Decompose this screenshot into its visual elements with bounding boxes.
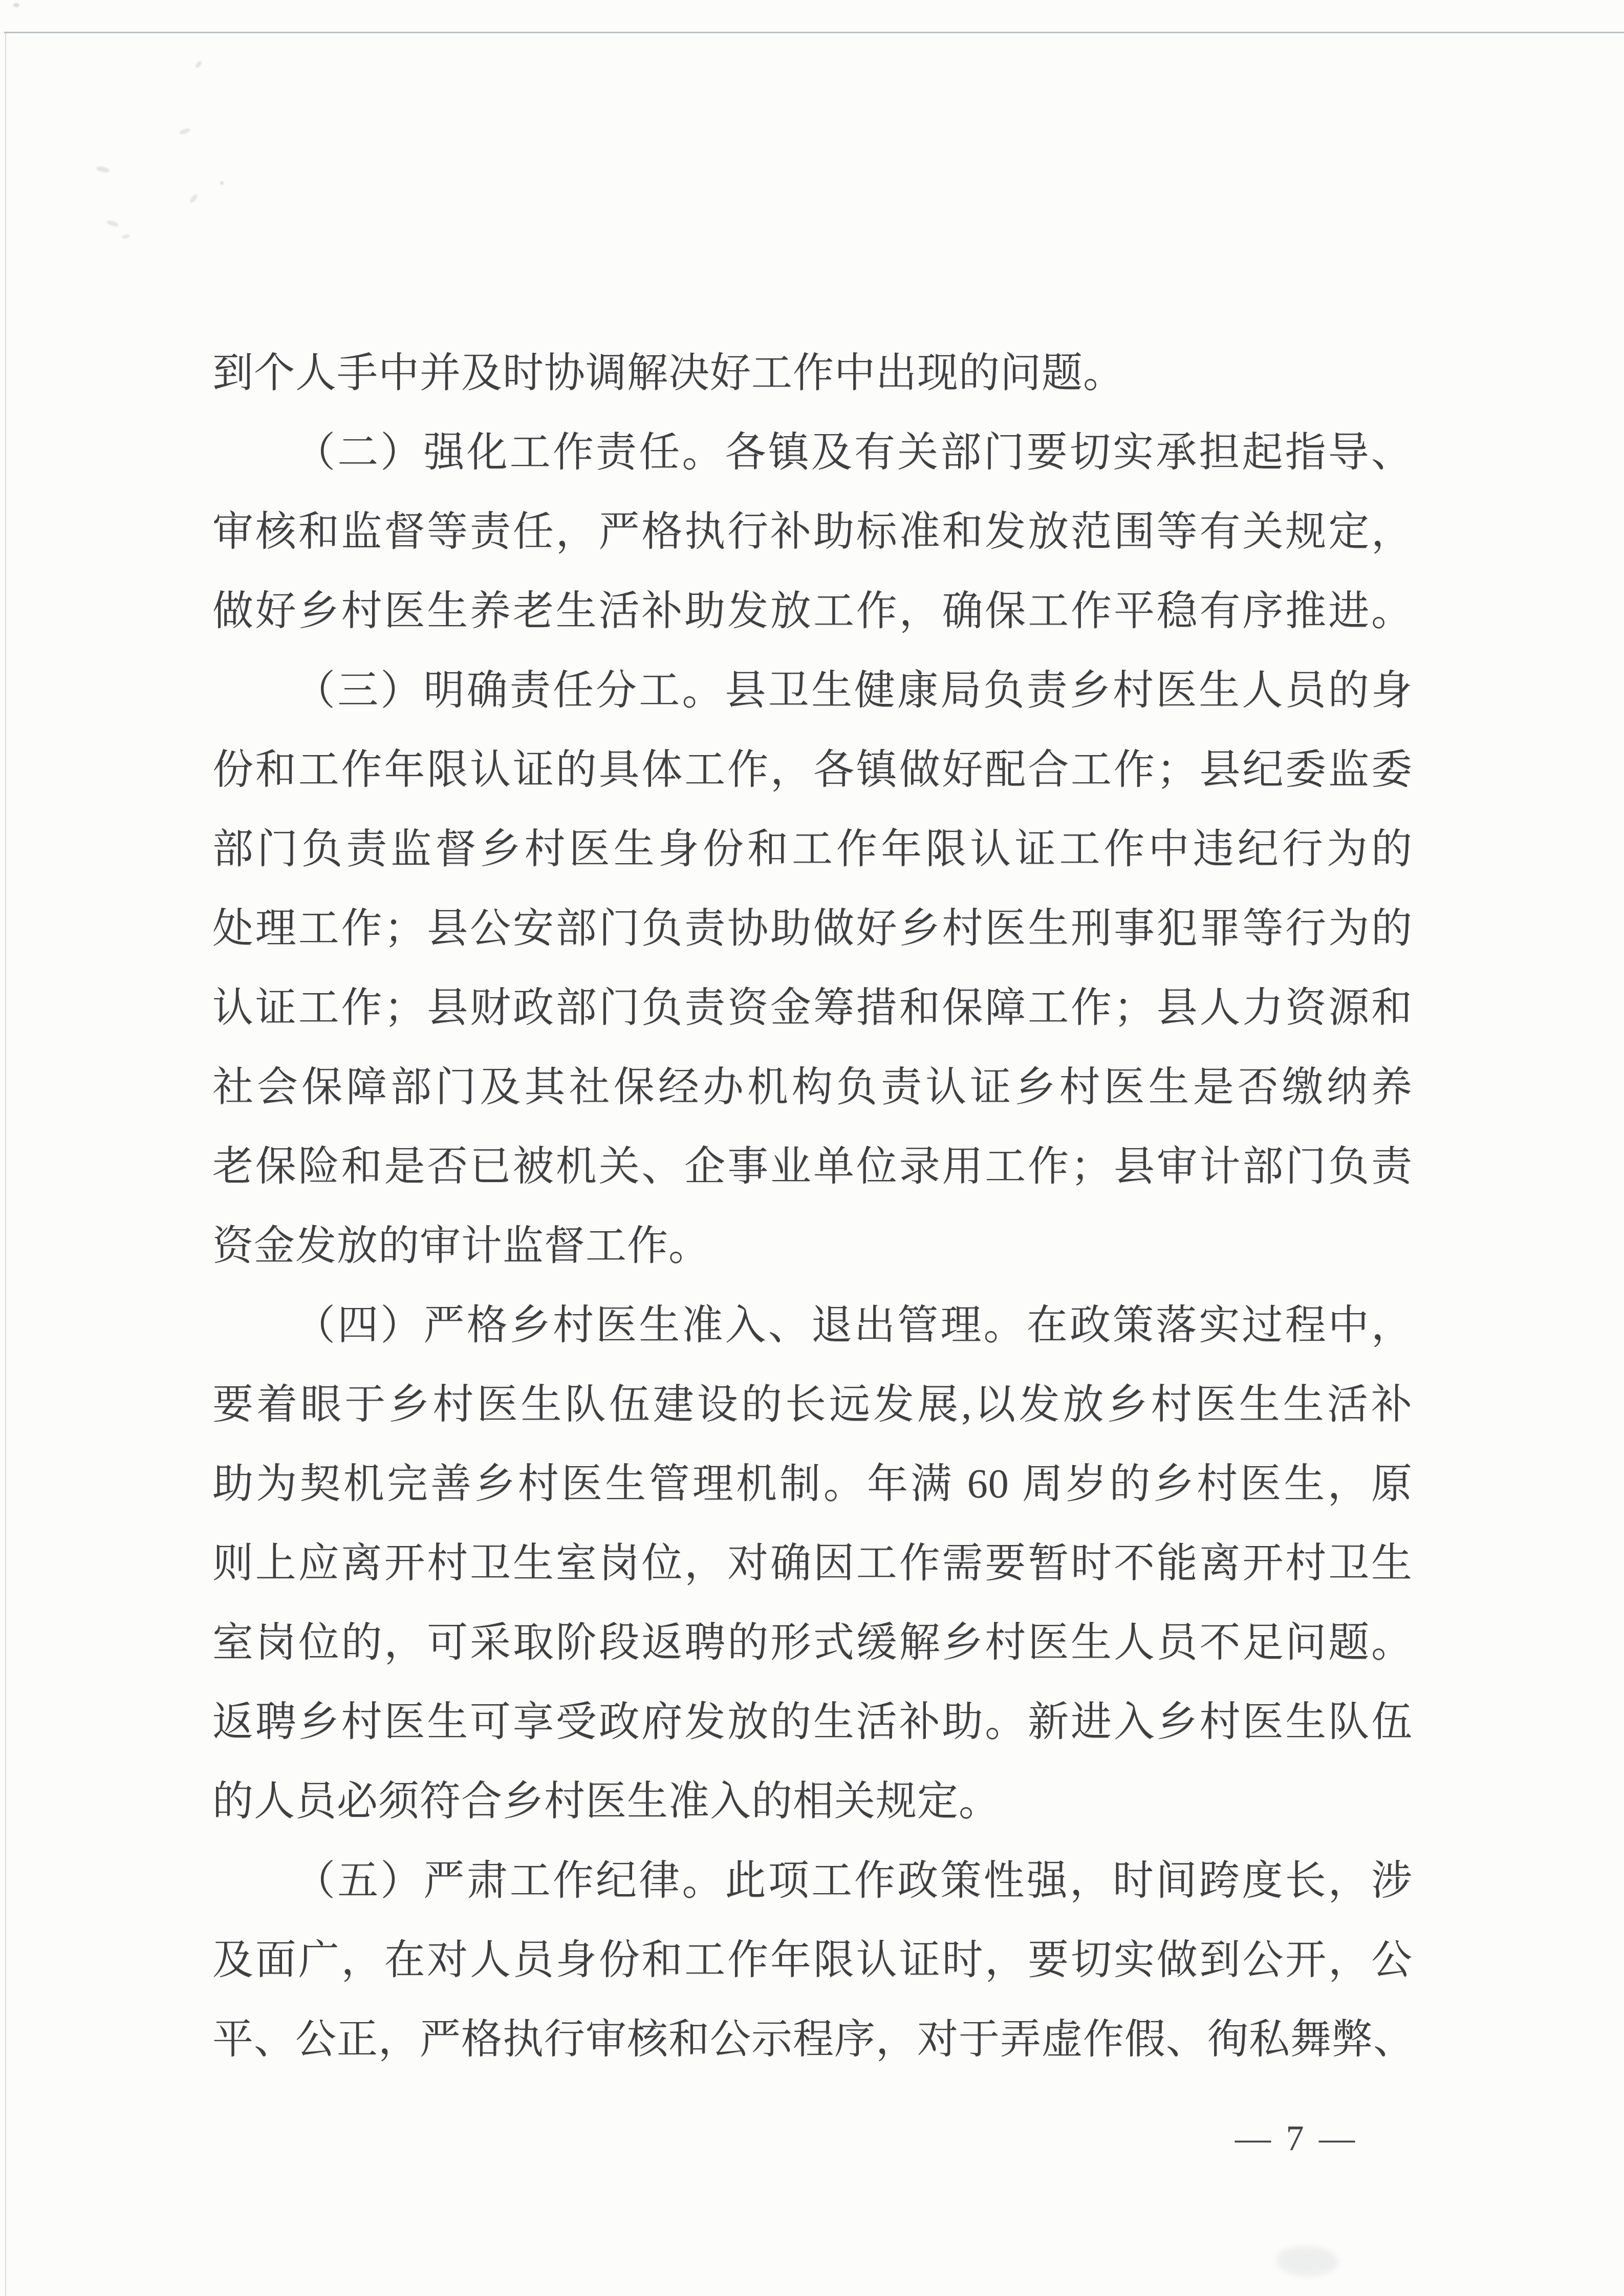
text-line: （三）明确责任分工。县卫生健康局负责乡村医生人员的身: [212, 651, 1413, 731]
text-line: 处理工作；县公安部门负责协助做好乡村医生刑事犯罪等行为的: [212, 889, 1413, 969]
text-line: 到个人手中并及时协调解决好工作中出现的问题。: [212, 334, 1413, 413]
text-line: 室岗位的，可采取阶段返聘的形式缓解乡村医生人员不足问题。: [212, 1603, 1413, 1683]
scan-artifact: [121, 233, 130, 239]
scan-edge-left-line: [5, 33, 6, 2296]
scan-artifact: [189, 193, 199, 204]
text-line: 认证工作；县财政部门负责资金筹措和保障工作；县人力资源和: [212, 969, 1413, 1048]
text-line: 助为契机完善乡村医生管理机制。年满 60 周岁的乡村医生，原: [212, 1445, 1413, 1524]
text-line: 老保险和是否已被机关、企事业单位录用工作；县审计部门负责: [212, 1127, 1413, 1207]
text-line: 部门负责监督乡村医生身份和工作年限认证工作中违纪行为的: [212, 810, 1413, 889]
text-line: 的人员必须符合乡村医生准入的相关规定。: [212, 1762, 1413, 1841]
text-line: （四）严格乡村医生准入、退出管理。在政策落实过程中，: [212, 1286, 1413, 1365]
scan-artifact: [220, 181, 224, 185]
text-line: 要着眼于乡村医生队伍建设的长远发展,以发放乡村医生生活补: [212, 1365, 1413, 1445]
scan-artifact: [13, 3, 19, 7]
scan-smudge: [1277, 2246, 1338, 2276]
scan-edge-top-line: [4, 32, 1624, 33]
text-line: 份和工作年限认证的具体工作，各镇做好配合工作；县纪委监委: [212, 731, 1413, 810]
text-line: 社会保障部门及其社保经办机构负责认证乡村医生是否缴纳养: [212, 1048, 1413, 1127]
text-line: 做好乡村医生养老生活补助发放工作，确保工作平稳有序推进。: [212, 572, 1413, 651]
text-line: （五）严肃工作纪律。此项工作政策性强，时间跨度长，涉: [212, 1841, 1413, 1921]
scan-artifact: [96, 165, 110, 173]
text-line: 审核和监督等责任，严格执行补助标准和发放范围等有关规定，: [212, 492, 1413, 572]
page-number: — 7 —: [1212, 2108, 1381, 2170]
scanned-document-page: 到个人手中并及时协调解决好工作中出现的问题。 （二）强化工作责任。各镇及有关部门…: [0, 0, 1624, 2296]
text-line: （二）强化工作责任。各镇及有关部门要切实承担起指导、: [212, 413, 1413, 492]
text-line: 平、公正，严格执行审核和公示程序，对于弄虚作假、徇私舞弊、: [212, 2000, 1413, 2079]
text-line: 则上应离开村卫生室岗位，对确因工作需要暂时不能离开村卫生: [212, 1524, 1413, 1603]
text-line: 返聘乡村医生可享受政府发放的生活补助。新进入乡村医生队伍: [212, 1683, 1413, 1762]
scan-artifact: [179, 127, 191, 136]
document-body: 到个人手中并及时协调解决好工作中出现的问题。 （二）强化工作责任。各镇及有关部门…: [212, 334, 1413, 2079]
scan-artifact: [194, 60, 203, 69]
text-line: 资金发放的审计监督工作。: [212, 1207, 1413, 1286]
text-line: 及面广，在对人员身份和工作年限认证时，要切实做到公开，公: [212, 1921, 1413, 2000]
scan-artifact: [106, 220, 119, 228]
